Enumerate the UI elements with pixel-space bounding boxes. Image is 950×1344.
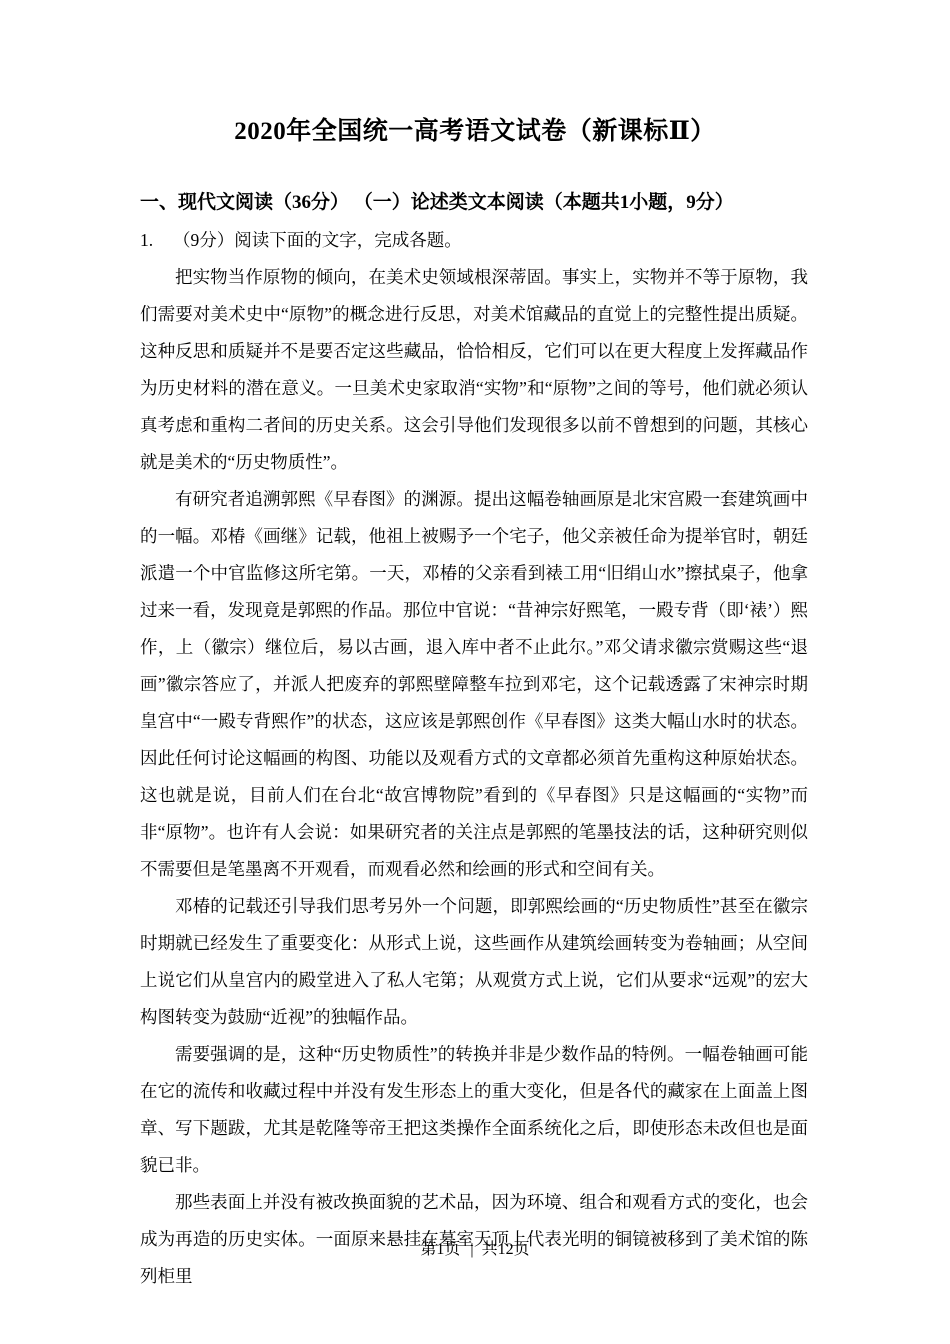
passage-paragraph: 邓椿的记载还引导我们思考另外一个问题，即郭熙绘画的“历史物质性”甚至在徽宗时期就… bbox=[140, 888, 808, 1036]
footer-page-number: 第1页 bbox=[420, 1241, 460, 1258]
question-stem: （9分）阅读下面的文字，完成各题。 bbox=[173, 230, 462, 250]
passage-paragraph: 需要强调的是，这种“历史物质性”的转换并非是少数作品的特例。一幅卷轴画可能在它的… bbox=[140, 1036, 808, 1184]
footer-separator: | bbox=[470, 1238, 473, 1262]
question-number: 1. bbox=[140, 222, 173, 259]
passage-paragraph: 把实物当作原物的倾向，在美术史领域根深蒂固。事实上，实物并不等于原物，我们需要对… bbox=[140, 259, 808, 481]
passage: 把实物当作原物的倾向，在美术史领域根深蒂固。事实上，实物并不等于原物，我们需要对… bbox=[140, 259, 808, 1295]
page-title: 2020年全国统一高考语文试卷（新课标Ⅱ） bbox=[0, 112, 950, 152]
exam-paper-page: 2020年全国统一高考语文试卷（新课标Ⅱ） 一、现代文阅读（36分） （一）论述… bbox=[0, 0, 950, 1344]
question-line: 1.（9分）阅读下面的文字，完成各题。 bbox=[140, 222, 808, 259]
footer-total-pages: 共12页 bbox=[482, 1241, 530, 1258]
section-heading: 一、现代文阅读（36分） （一）论述类文本阅读（本题共1小题，9分） bbox=[140, 184, 808, 222]
passage-paragraph: 有研究者追溯郭熙《早春图》的渊源。提出这幅卷轴画原是北宋宫殿一套建筑画中的一幅。… bbox=[140, 481, 808, 888]
page-footer: 第1页|共12页 bbox=[0, 1238, 950, 1262]
exam-content: 一、现代文阅读（36分） （一）论述类文本阅读（本题共1小题，9分） 1.（9分… bbox=[140, 184, 808, 1295]
